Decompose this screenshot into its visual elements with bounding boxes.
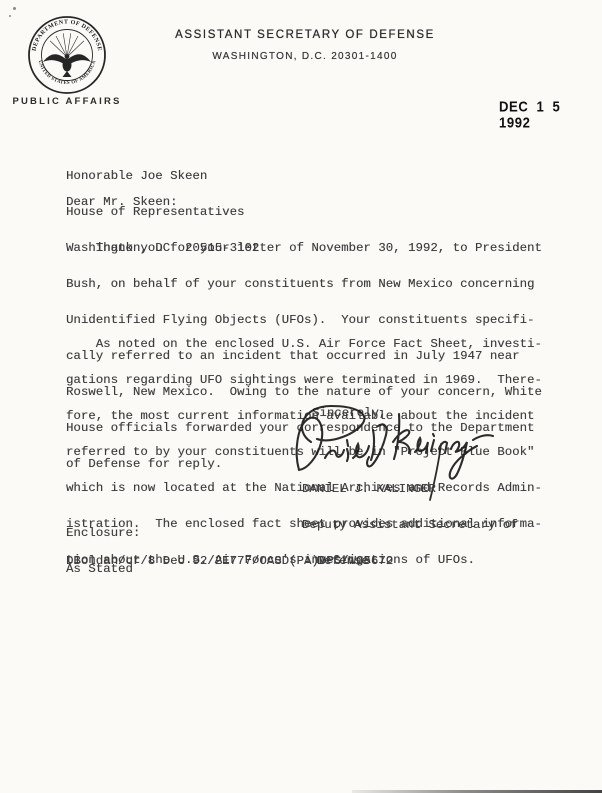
signer-name: DANIEL J. KALINGER xyxy=(302,483,518,495)
letterhead-office: ASSISTANT SECRETARY OF DEFENSE xyxy=(155,29,455,41)
svg-text:DEPARTMENT OF DEFENSE: DEPARTMENT OF DEFENSE xyxy=(32,19,103,51)
office-reference-line: DBoldan/cr/8 Dec 92/2E777/OASD(PA)DPC/W3… xyxy=(66,555,393,567)
valediction: Sincerely, xyxy=(312,407,386,419)
scan-speck xyxy=(9,15,11,17)
body-line: fore, the most current information avail… xyxy=(66,410,542,422)
seal-eagle xyxy=(43,54,91,77)
salutation: Dear Mr. Skeen: xyxy=(66,196,178,208)
signer-title-line1: Deputy Assistant Secretary of xyxy=(302,519,518,531)
body-line: gations regarding UFO sightings were ter… xyxy=(66,374,542,386)
body-line: referred to by your constituents will be… xyxy=(66,446,542,458)
public-affairs-label: PUBLIC AFFAIRS xyxy=(10,96,124,107)
seal-sun-rays xyxy=(50,33,84,57)
scanned-letter-page: DEPARTMENT OF DEFENSE UNITED STATES OF A… xyxy=(0,0,602,793)
letterhead-address: WASHINGTON, D.C. 20301-1400 xyxy=(155,51,455,62)
dod-seal-icon: DEPARTMENT OF DEFENSE UNITED STATES OF A… xyxy=(27,15,107,95)
signature-block: DANIEL J. KALINGER Deputy Assistant Secr… xyxy=(302,459,518,591)
body-line: Thank you for your letter of November 30… xyxy=(66,242,542,254)
received-date-stamp: DEC 1 5 1992 xyxy=(499,99,599,131)
enclosure-label: Enclosure: xyxy=(66,527,140,539)
body-line: Bush, on behalf of your constituents fro… xyxy=(66,278,542,290)
enclosure-block: Enclosure: As Stated xyxy=(66,503,140,599)
recipient-name: Honorable Joe Skeen xyxy=(66,170,259,182)
scan-speck xyxy=(13,7,16,10)
body-line: As noted on the enclosed U.S. Air Force … xyxy=(66,338,542,350)
seal-top-text: DEPARTMENT OF DEFENSE xyxy=(32,19,103,51)
